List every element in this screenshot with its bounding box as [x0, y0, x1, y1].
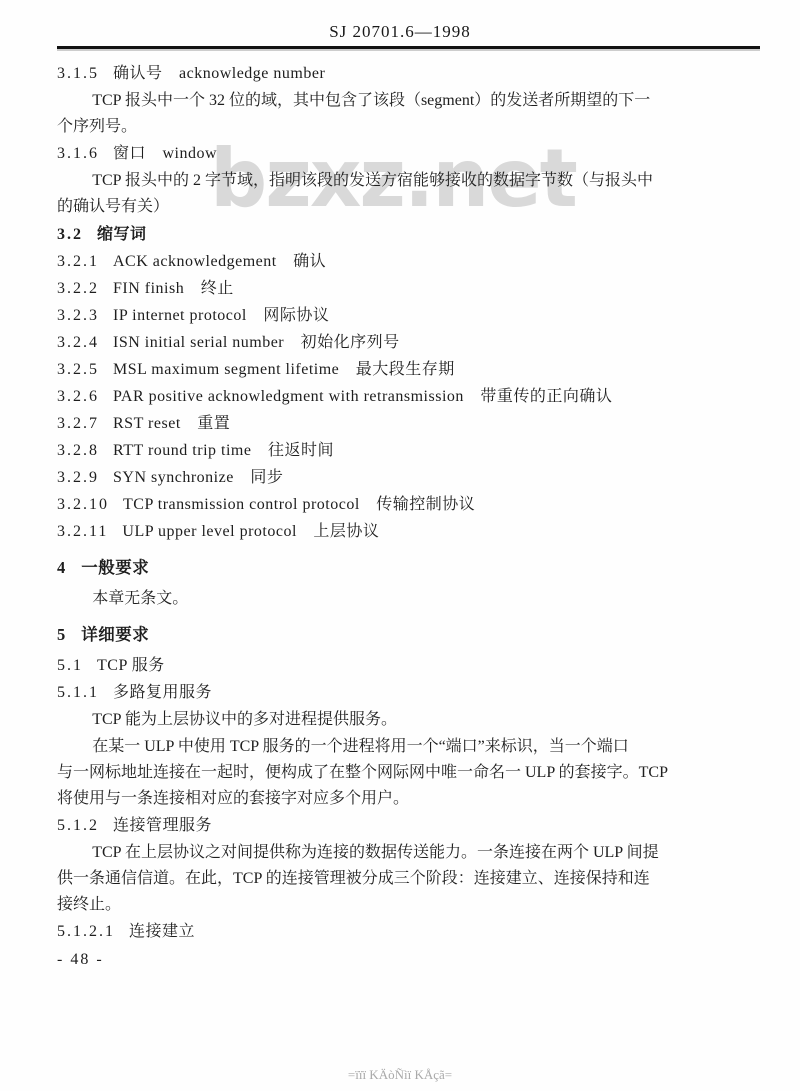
clause-3.2.9: 3.2.9SYN synchronize 同步 — [57, 465, 755, 491]
clause-title: TCP transmission control protocol 传输控制协议 — [123, 496, 475, 513]
clause-number: 5.1.2.1 — [57, 923, 115, 940]
paragraph-line: TCP 能为上层协议中的多对进程提供服务。 — [57, 707, 755, 733]
clause-title: RTT round trip time 往返时间 — [113, 442, 334, 459]
clause-5.1.2.1: 5.1.2.1连接建立 — [57, 919, 755, 945]
paragraph-3.1.6: TCP 报头中的 2 字节域，指明该段的发送方宿能够接收的数据字节数（与报头中的… — [57, 168, 755, 220]
clause-title: 缩写词 — [97, 226, 147, 243]
paragraph-line: 在某一 ULP 中使用 TCP 服务的一个进程将用一个“端口”来标识，当一个端口 — [57, 734, 755, 760]
paragraph-5.1.1-b: 在某一 ULP 中使用 TCP 服务的一个进程将用一个“端口”来标识，当一个端口… — [57, 734, 755, 812]
page-number: - 48 - — [57, 947, 755, 973]
clause-3.2.8: 3.2.8RTT round trip time 往返时间 — [57, 438, 755, 464]
paragraph-line: 接终止。 — [57, 892, 755, 918]
clause-title: 多路复用服务 — [113, 684, 212, 701]
clause-number: 5.1 — [57, 657, 83, 674]
clause-title: 连接管理服务 — [113, 817, 212, 834]
chapter-heading-4: 4一般要求 — [57, 555, 755, 581]
clause-number: 3.2.3 — [57, 307, 99, 324]
clause-title: RST reset 重置 — [113, 415, 230, 432]
paragraph-line: 供一条通信信道。在此，TCP 的连接管理被分成三个阶段：连接建立、连接保持和连 — [57, 866, 755, 892]
clause-number: 3.2.1 — [57, 253, 99, 270]
clause-title: IP internet protocol 网际协议 — [113, 307, 329, 324]
clause-title: 连接建立 — [129, 923, 195, 940]
clause-3.2.4: 3.2.4ISN initial serial number 初始化序列号 — [57, 330, 755, 356]
clause-number: 3.2.7 — [57, 415, 99, 432]
paragraph-line: TCP 报头中一个 32 位的域，其中包含了该段（segment）的发送者所期望… — [57, 88, 755, 114]
paragraph-5.1.2: TCP 在上层协议之对间提供称为连接的数据传送能力。一条连接在两个 ULP 间提… — [57, 840, 755, 918]
clause-number: 5.1.2 — [57, 817, 99, 834]
clause-number: 3.2.2 — [57, 280, 99, 297]
clause-3.2.10: 3.2.10TCP transmission control protocol … — [57, 492, 755, 518]
header-rule — [57, 46, 760, 49]
clause-title: TCP 服务 — [97, 657, 165, 674]
clause-3.1.5: 3.1.5确认号 acknowledge number — [57, 61, 755, 87]
clause-title: 确认号 acknowledge number — [113, 65, 325, 82]
clause-3.1.6: 3.1.6窗口 window — [57, 141, 755, 167]
clause-number: 3.2 — [57, 226, 83, 243]
clause-5.1: 5.1TCP 服务 — [57, 653, 755, 679]
content-blocks: 3.1.5确认号 acknowledge numberTCP 报头中一个 32 … — [57, 61, 755, 973]
clause-number: 3.2.4 — [57, 334, 99, 351]
paragraph-4: 本章无条文。 — [57, 586, 755, 612]
clause-number: 3.2.10 — [57, 496, 109, 513]
clause-3.2.1: 3.2.1ACK acknowledgement 确认 — [57, 249, 755, 275]
clause-number: 3.2.6 — [57, 388, 99, 405]
clause-number: 5 — [57, 625, 67, 644]
bottom-watermark: =ïïï KÄòÑìï KÅçã= — [0, 1067, 800, 1083]
clause-title: 一般要求 — [81, 558, 149, 577]
clause-3.2: 3.2缩写词 — [57, 222, 755, 248]
doc-number-header: SJ 20701.6—1998 — [0, 0, 800, 42]
paragraph-3.1.5: TCP 报头中一个 32 位的域，其中包含了该段（segment）的发送者所期望… — [57, 88, 755, 140]
clause-number: 3.2.5 — [57, 361, 99, 378]
chapter-heading-5: 5详细要求 — [57, 622, 755, 648]
clause-title: 详细要求 — [81, 625, 149, 644]
clause-number: 5.1.1 — [57, 684, 99, 701]
paragraph-line: TCP 在上层协议之对间提供称为连接的数据传送能力。一条连接在两个 ULP 间提 — [57, 840, 755, 866]
clause-title: MSL maximum segment lifetime 最大段生存期 — [113, 361, 455, 378]
clause-title: FIN finish 终止 — [113, 280, 234, 297]
clause-number: 3.1.6 — [57, 145, 99, 162]
clause-title: ULP upper level protocol 上层协议 — [122, 523, 379, 540]
clause-title: SYN synchronize 同步 — [113, 469, 283, 486]
page-content: SJ 20701.6—1998 3.1.5确认号 acknowledge num… — [0, 0, 800, 973]
clause-5.1.2: 5.1.2连接管理服务 — [57, 813, 755, 839]
clause-3.2.3: 3.2.3IP internet protocol 网际协议 — [57, 303, 755, 329]
clause-number: 3.2.8 — [57, 442, 99, 459]
clause-title: ISN initial serial number 初始化序列号 — [113, 334, 400, 351]
clause-number: 3.2.9 — [57, 469, 99, 486]
clause-3.2.7: 3.2.7RST reset 重置 — [57, 411, 755, 437]
clause-number: 3.2.11 — [57, 523, 108, 540]
paragraph-line: 与一网标地址连接在一起时，便构成了在整个网际网中唯一命名一 ULP 的套接字。T… — [57, 760, 755, 786]
clause-5.1.1: 5.1.1多路复用服务 — [57, 680, 755, 706]
paragraph-line: 将使用与一条连接相对应的套接字对应多个用户。 — [57, 786, 755, 812]
clause-number: 4 — [57, 558, 67, 577]
clause-3.2.2: 3.2.2FIN finish 终止 — [57, 276, 755, 302]
paragraph-line: 的确认号有关） — [57, 194, 755, 220]
clause-title: ACK acknowledgement 确认 — [113, 253, 326, 270]
document-page: bzxz.net SJ 20701.6—1998 3.1.5确认号 acknow… — [0, 0, 800, 1091]
clause-title: PAR positive acknowledgment with retrans… — [113, 388, 612, 405]
clause-3.2.6: 3.2.6PAR positive acknowledgment with re… — [57, 384, 755, 410]
paragraph-5.1.1-a: TCP 能为上层协议中的多对进程提供服务。 — [57, 707, 755, 733]
clause-number: 3.1.5 — [57, 65, 99, 82]
clause-3.2.11: 3.2.11ULP upper level protocol 上层协议 — [57, 519, 755, 545]
paragraph-line: 个序列号。 — [57, 114, 755, 140]
clause-title: 窗口 window — [113, 145, 217, 162]
paragraph-line: 本章无条文。 — [57, 586, 755, 612]
paragraph-line: TCP 报头中的 2 字节域，指明该段的发送方宿能够接收的数据字节数（与报头中 — [57, 168, 755, 194]
clause-3.2.5: 3.2.5MSL maximum segment lifetime 最大段生存期 — [57, 357, 755, 383]
